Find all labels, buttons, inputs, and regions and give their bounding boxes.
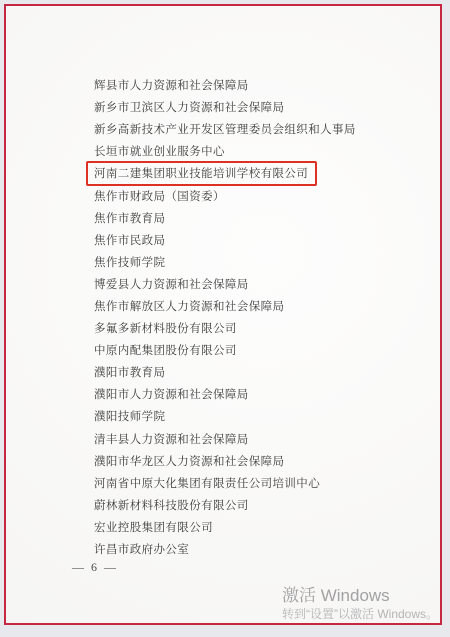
list-item: 博爱县人力资源和社会保障局 bbox=[94, 273, 424, 295]
list-item: 濮阳市教育局 bbox=[94, 361, 424, 383]
document-page: 辉县市人力资源和社会保障局 新乡市卫滨区人力资源和社会保障局 新乡高新技术产业开… bbox=[4, 4, 442, 625]
page-number: — 6 — bbox=[72, 560, 118, 575]
organization-list: 辉县市人力资源和社会保障局 新乡市卫滨区人力资源和社会保障局 新乡高新技术产业开… bbox=[94, 74, 424, 560]
list-item-label: 河南二建集团职业技能培训学校有限公司 bbox=[94, 168, 308, 180]
list-item: 濮阳市华龙区人力资源和社会保障局 bbox=[94, 450, 424, 472]
list-item: 焦作市财政局（国资委） bbox=[94, 184, 424, 206]
list-item: 焦作市教育局 bbox=[94, 207, 424, 229]
list-item: 多氟多新材料股份有限公司 bbox=[94, 317, 424, 339]
screenshot-root: 辉县市人力资源和社会保障局 新乡市卫滨区人力资源和社会保障局 新乡高新技术产业开… bbox=[0, 0, 450, 637]
list-item: 宏业控股集团有限公司 bbox=[94, 516, 424, 538]
list-item: 许昌市政府办公室 bbox=[94, 538, 424, 560]
list-item-highlighted: 河南二建集团职业技能培训学校有限公司 bbox=[94, 162, 424, 184]
list-item: 长垣市就业创业服务中心 bbox=[94, 140, 424, 162]
list-item: 濮阳技师学院 bbox=[94, 405, 424, 427]
list-item: 河南省中原大化集团有限责任公司培训中心 bbox=[94, 472, 424, 494]
list-item: 焦作市解放区人力资源和社会保障局 bbox=[94, 295, 424, 317]
list-item: 新乡市卫滨区人力资源和社会保障局 bbox=[94, 96, 424, 118]
list-item: 清丰县人力资源和社会保障局 bbox=[94, 428, 424, 450]
highlight-box: 河南二建集团职业技能培训学校有限公司 bbox=[86, 161, 317, 186]
list-item: 中原内配集团股份有限公司 bbox=[94, 339, 424, 361]
list-item: 焦作市民政局 bbox=[94, 229, 424, 251]
list-item: 濮阳市人力资源和社会保障局 bbox=[94, 383, 424, 405]
list-item: 焦作技师学院 bbox=[94, 251, 424, 273]
list-item: 新乡高新技术产业开发区管理委员会组织和人事局 bbox=[94, 118, 424, 140]
list-item: 辉县市人力资源和社会保障局 bbox=[94, 74, 424, 96]
list-item: 蔚林新材料科技股份有限公司 bbox=[94, 494, 424, 516]
